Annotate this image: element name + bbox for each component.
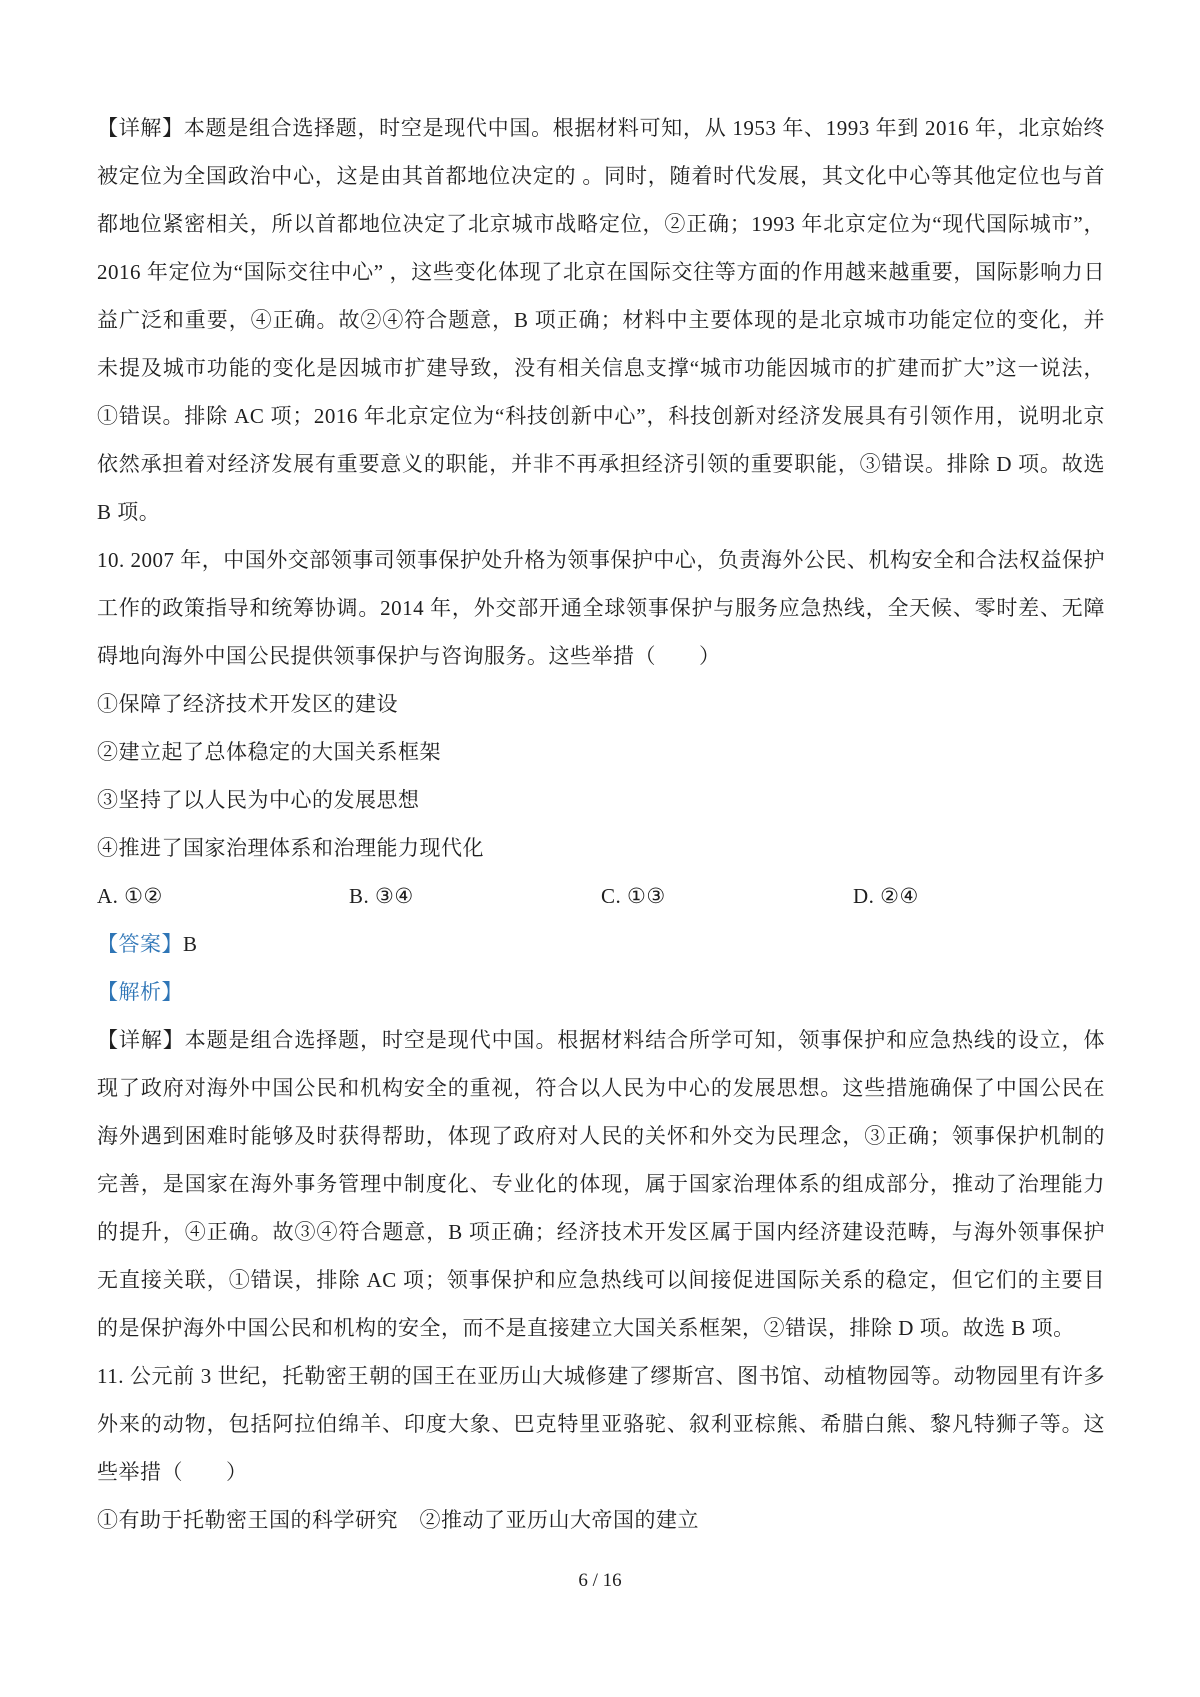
option-paragraph: ①保障了经济技术开发区的建设	[97, 680, 1105, 728]
page-number: 6 / 16	[0, 1566, 1200, 1596]
question-paragraph: 10. 2007 年，中国外交部领事司领事保护处升格为领事保护中心，负责海外公民…	[97, 536, 1105, 680]
analysis-paragraph: 【解析】	[97, 968, 1105, 1016]
analysis-label: 【解析】	[97, 980, 183, 1004]
question-text: 11. 公元前 3 世纪，托勒密王朝的国王在亚历山大城修建了缪斯宫、图书馆、动植…	[97, 1364, 1105, 1484]
choices-row: A. ①②B. ③④C. ①③D. ②④	[97, 872, 1105, 920]
answer-paragraph: 【答案】B	[97, 920, 1105, 968]
choice-item: C. ①③	[601, 872, 853, 920]
option-paragraph: ③坚持了以人民为中心的发展思想	[97, 776, 1105, 824]
document-page: 【详解】本题是组合选择题，时空是现代中国。根据材料可知，从 1953 年、199…	[0, 0, 1200, 1697]
explanation-text: 本题是组合选择题，时空是现代中国。根据材料结合所学可知，领事保护和应急热线的设立…	[97, 1028, 1105, 1340]
option-paragraph: ④推进了国家治理体系和治理能力现代化	[97, 824, 1105, 872]
explanation-label: 【详解】	[97, 116, 184, 140]
answer-text: B	[183, 932, 198, 956]
explanation-text: 本题是组合选择题，时空是现代中国。根据材料可知，从 1953 年、1993 年到…	[97, 116, 1105, 524]
option-paragraph: ②建立起了总体稳定的大国关系框架	[97, 728, 1105, 776]
explanation-paragraph: 【详解】本题是组合选择题，时空是现代中国。根据材料可知，从 1953 年、199…	[97, 104, 1105, 536]
explanation-paragraph: 【详解】本题是组合选择题，时空是现代中国。根据材料结合所学可知，领事保护和应急热…	[97, 1016, 1105, 1352]
choice-item: A. ①②	[97, 872, 349, 920]
choice-item: B. ③④	[349, 872, 601, 920]
option-text: ①有助于托勒密王国的科学研究 ②推动了亚历山大帝国的建立	[97, 1508, 699, 1532]
option-text: ④推进了国家治理体系和治理能力现代化	[97, 836, 484, 860]
option-text: ①保障了经济技术开发区的建设	[97, 692, 398, 716]
question-paragraph: 11. 公元前 3 世纪，托勒密王朝的国王在亚历山大城修建了缪斯宫、图书馆、动植…	[97, 1352, 1105, 1496]
document-body: 【详解】本题是组合选择题，时空是现代中国。根据材料可知，从 1953 年、199…	[97, 104, 1105, 1544]
option-text: ②建立起了总体稳定的大国关系框架	[97, 740, 441, 764]
choice-item: D. ②④	[853, 872, 1105, 920]
question-text: 10. 2007 年，中国外交部领事司领事保护处升格为领事保护中心，负责海外公民…	[97, 548, 1105, 668]
answer-label: 【答案】	[97, 932, 183, 956]
explanation-label: 【详解】	[97, 1028, 185, 1052]
option-text: ③坚持了以人民为中心的发展思想	[97, 788, 420, 812]
option-paragraph: ①有助于托勒密王国的科学研究 ②推动了亚历山大帝国的建立	[97, 1496, 1105, 1544]
